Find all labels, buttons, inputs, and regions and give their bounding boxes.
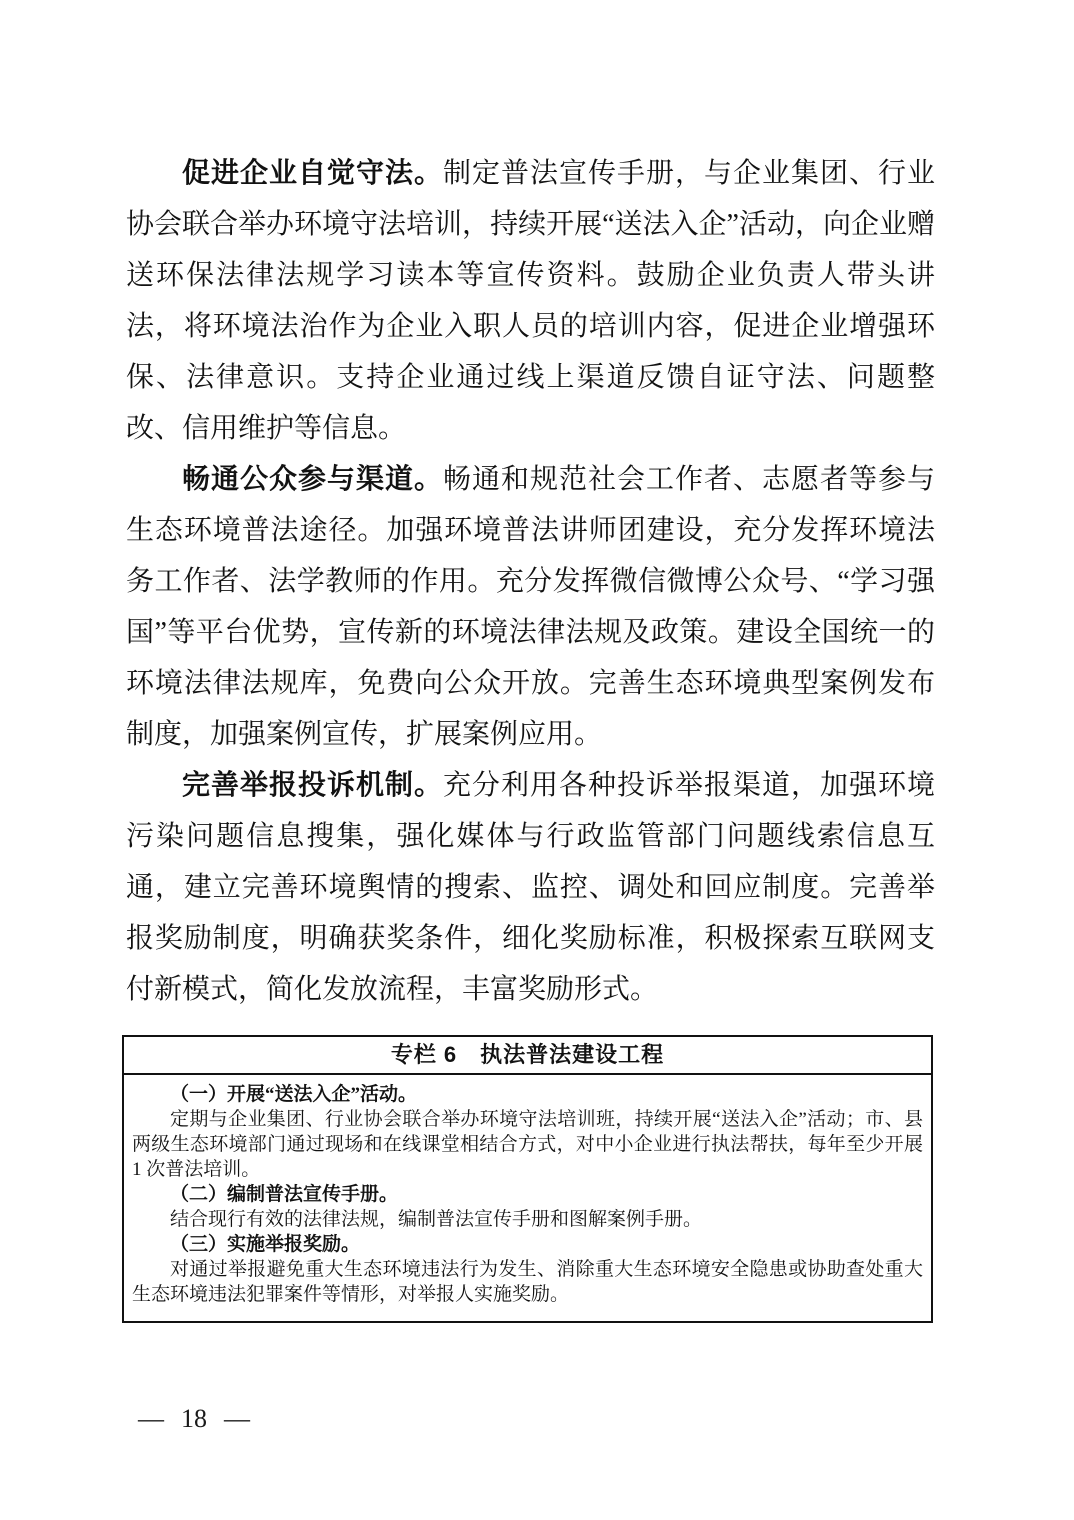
paragraph-lead: 完善举报投诉机制。 [182, 770, 443, 801]
box-item-body: 对通过举报避免重大生态环境违法行为发生、消除重大生态环境安全隐患或协助查处重大生… [132, 1257, 923, 1307]
box-item-heading: （一）开展“送法入企”活动。 [132, 1082, 923, 1107]
box-item-body: 定期与企业集团、行业协会联合举办环境守法培训班，持续开展“送法入企”活动；市、县… [132, 1107, 923, 1182]
callout-box-title: 专栏 6 执法普法建设工程 [124, 1037, 931, 1075]
footer-dash-right: — [224, 1404, 250, 1434]
paragraph-lead: 畅通公众参与渠道。 [182, 464, 443, 495]
footer-dash-left: — [138, 1404, 164, 1434]
page-footer: — 18 — [138, 1404, 250, 1434]
paragraph: 畅通公众参与渠道。畅通和规范社会工作者、志愿者等参与生态环境普法途径。加强环境普… [126, 454, 935, 760]
paragraph-body: 畅通和规范社会工作者、志愿者等参与生态环境普法途径。加强环境普法讲师团建设，充分… [126, 464, 935, 750]
box-item-heading: （二）编制普法宣传手册。 [132, 1182, 923, 1207]
paragraph-lead: 促进企业自觉守法。 [182, 158, 443, 189]
page-number: 18 [181, 1404, 207, 1434]
box-item-body: 结合现行有效的法律法规，编制普法宣传手册和图解案例手册。 [132, 1207, 923, 1232]
document-page: 促进企业自觉守法。制定普法宣传手册，与企业集团、行业协会联合举办环境守法培训，持… [0, 0, 1074, 1520]
paragraph: 促进企业自觉守法。制定普法宣传手册，与企业集团、行业协会联合举办环境守法培训，持… [126, 148, 935, 454]
paragraph-body: 制定普法宣传手册，与企业集团、行业协会联合举办环境守法培训，持续开展“送法入企”… [126, 158, 935, 444]
callout-box: 专栏 6 执法普法建设工程 （一）开展“送法入企”活动。 定期与企业集团、行业协… [122, 1035, 933, 1323]
paragraph-body: 充分利用各种投诉举报渠道，加强环境污染问题信息搜集，强化媒体与行政监管部门问题线… [126, 770, 935, 1005]
paragraph: 完善举报投诉机制。充分利用各种投诉举报渠道，加强环境污染问题信息搜集，强化媒体与… [126, 760, 935, 1015]
callout-box-content: （一）开展“送法入企”活动。 定期与企业集团、行业协会联合举办环境守法培训班，持… [124, 1075, 931, 1319]
box-item-heading: （三）实施举报奖励。 [132, 1232, 923, 1257]
body-text: 促进企业自觉守法。制定普法宣传手册，与企业集团、行业协会联合举办环境守法培训，持… [126, 148, 935, 1015]
